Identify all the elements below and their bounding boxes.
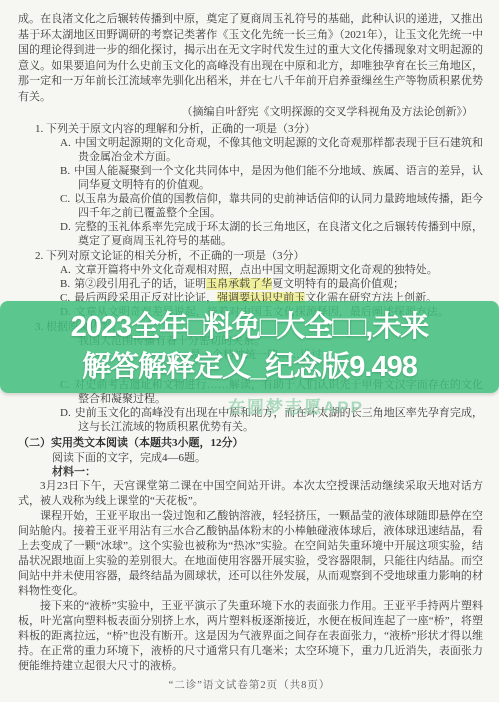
- material-paragraph-1: 3月23日下午，天宫课堂第二课在中国空间站开讲。本次太空授课活动继续采取天地对话…: [18, 479, 483, 509]
- app-watermark: 在圆梦志愿APP: [228, 393, 364, 418]
- option-text: 中国人能凝聚到一个文化共同体中，是因为他们能不分地域、族属、语言的差异，认同华夏…: [74, 165, 483, 191]
- passage-attribution: （摘编自叶舒宪《文明探源的交叉学科视角及方法论创新》）: [18, 105, 483, 121]
- option-label: A.: [60, 137, 71, 149]
- option-text: 文章开篇将中外文化奇观相对照，点出中国文明起源期文化奇观的独特处。: [75, 264, 438, 276]
- question-2-option-a: A.文章开篇将中外文化奇观相对照，点出中国文明起源期文化奇观的独特处。: [18, 263, 483, 277]
- option-label: A.: [60, 264, 71, 276]
- question-2-stem: 2. 下列对原文论证的相关分析，不正确的一项是（3分）: [35, 249, 483, 263]
- option-label: C.: [60, 193, 70, 205]
- question-1-option-c: C.以玉帛为最高价值的国教信仰，靠共同的史前神话信仰的认同力量跨地域传播，距今四…: [18, 192, 483, 220]
- option-text: 夏文明特有的最高价值观；: [272, 278, 404, 290]
- question-2-option-b: B.第②段引用孔子的话，证明玉帛承载了华夏文明特有的最高价值观；: [18, 277, 483, 291]
- exam-paper-page: 成。在良渚文化之后辗转传播到中原，奠定了夏商周玉礼符号的基础，此种认识的递进，又…: [0, 0, 499, 702]
- material-1-label: 材料一：: [52, 465, 483, 479]
- material-paragraph-2: 课程开始，王亚平取出一袋过饱和乙酸钠溶液，轻轻挤压，一颗晶莹的液体球随即悬停在空…: [18, 509, 483, 599]
- question-1-stem: 1. 下列关于原文内容的理解和分析，正确的一项是（3分）: [35, 122, 483, 136]
- question-1-option-d: D.完整的玉礼体系率先完成于环太湖的长三角地区，在良渚文化之后辗转传播到中原，奠…: [18, 220, 483, 248]
- option-text: 以玉帛为最高价值的国教信仰，靠共同的史前神话信仰的认同力量跨地域传播，距今四千年…: [74, 193, 483, 219]
- option-label: D.: [60, 221, 71, 233]
- reading-instruction: 阅读下面的文字，完成4—6题。: [52, 451, 483, 465]
- option-label: D.: [60, 407, 71, 419]
- question-1-option-b: B.中国人能凝聚到一个文化共同体中，是因为他们能不分地域、族属、语言的差异，认同…: [18, 164, 483, 192]
- option-text: 完整的玉礼体系率先完成于环太湖的长三角地区，在良渚文化之后辗转传播到中原，奠定了…: [75, 221, 483, 247]
- material-paragraph-3: 接下来的“液桥”实验中，王亚平演示了失重环境下水的表面张力作用。王亚平手持两片塑…: [18, 599, 483, 674]
- passage-continuation: 成。在良渚文化之后辗转传播到中原，奠定了夏商周玉礼符号的基础，此种认识的递进，又…: [18, 12, 483, 105]
- ad-banner-overlay[interactable]: 2023全年□料免□大全□□,未来 解答解释定义_纪念版9.498: [0, 301, 499, 393]
- question-1-option-a: A.中国文明起源期的文化奇观，不像其他文明起源的文化奇观那样都表现于巨石建筑和贵…: [18, 136, 483, 164]
- section-2-header: （二）实用类文本阅读（本题共3小题，12分）: [18, 436, 483, 451]
- highlighted-text: 玉帛承载了华: [206, 278, 272, 290]
- ad-banner-line-2: 解答解释定义_纪念版9.498: [82, 347, 417, 387]
- option-label: B.: [60, 278, 70, 290]
- option-text: 中国文明起源期的文化奇观，不像其他文明起源的文化奇观那样都表现于巨石建筑和贵金属…: [75, 137, 483, 163]
- page-footer: “二诊”语文试卷第2页（共8页）: [0, 677, 499, 692]
- option-label: B.: [60, 165, 70, 177]
- option-text: 第②段引用孔子的话，证明: [74, 278, 206, 290]
- ad-banner-line-1: 2023全年□料免□大全□□,未来: [71, 307, 429, 347]
